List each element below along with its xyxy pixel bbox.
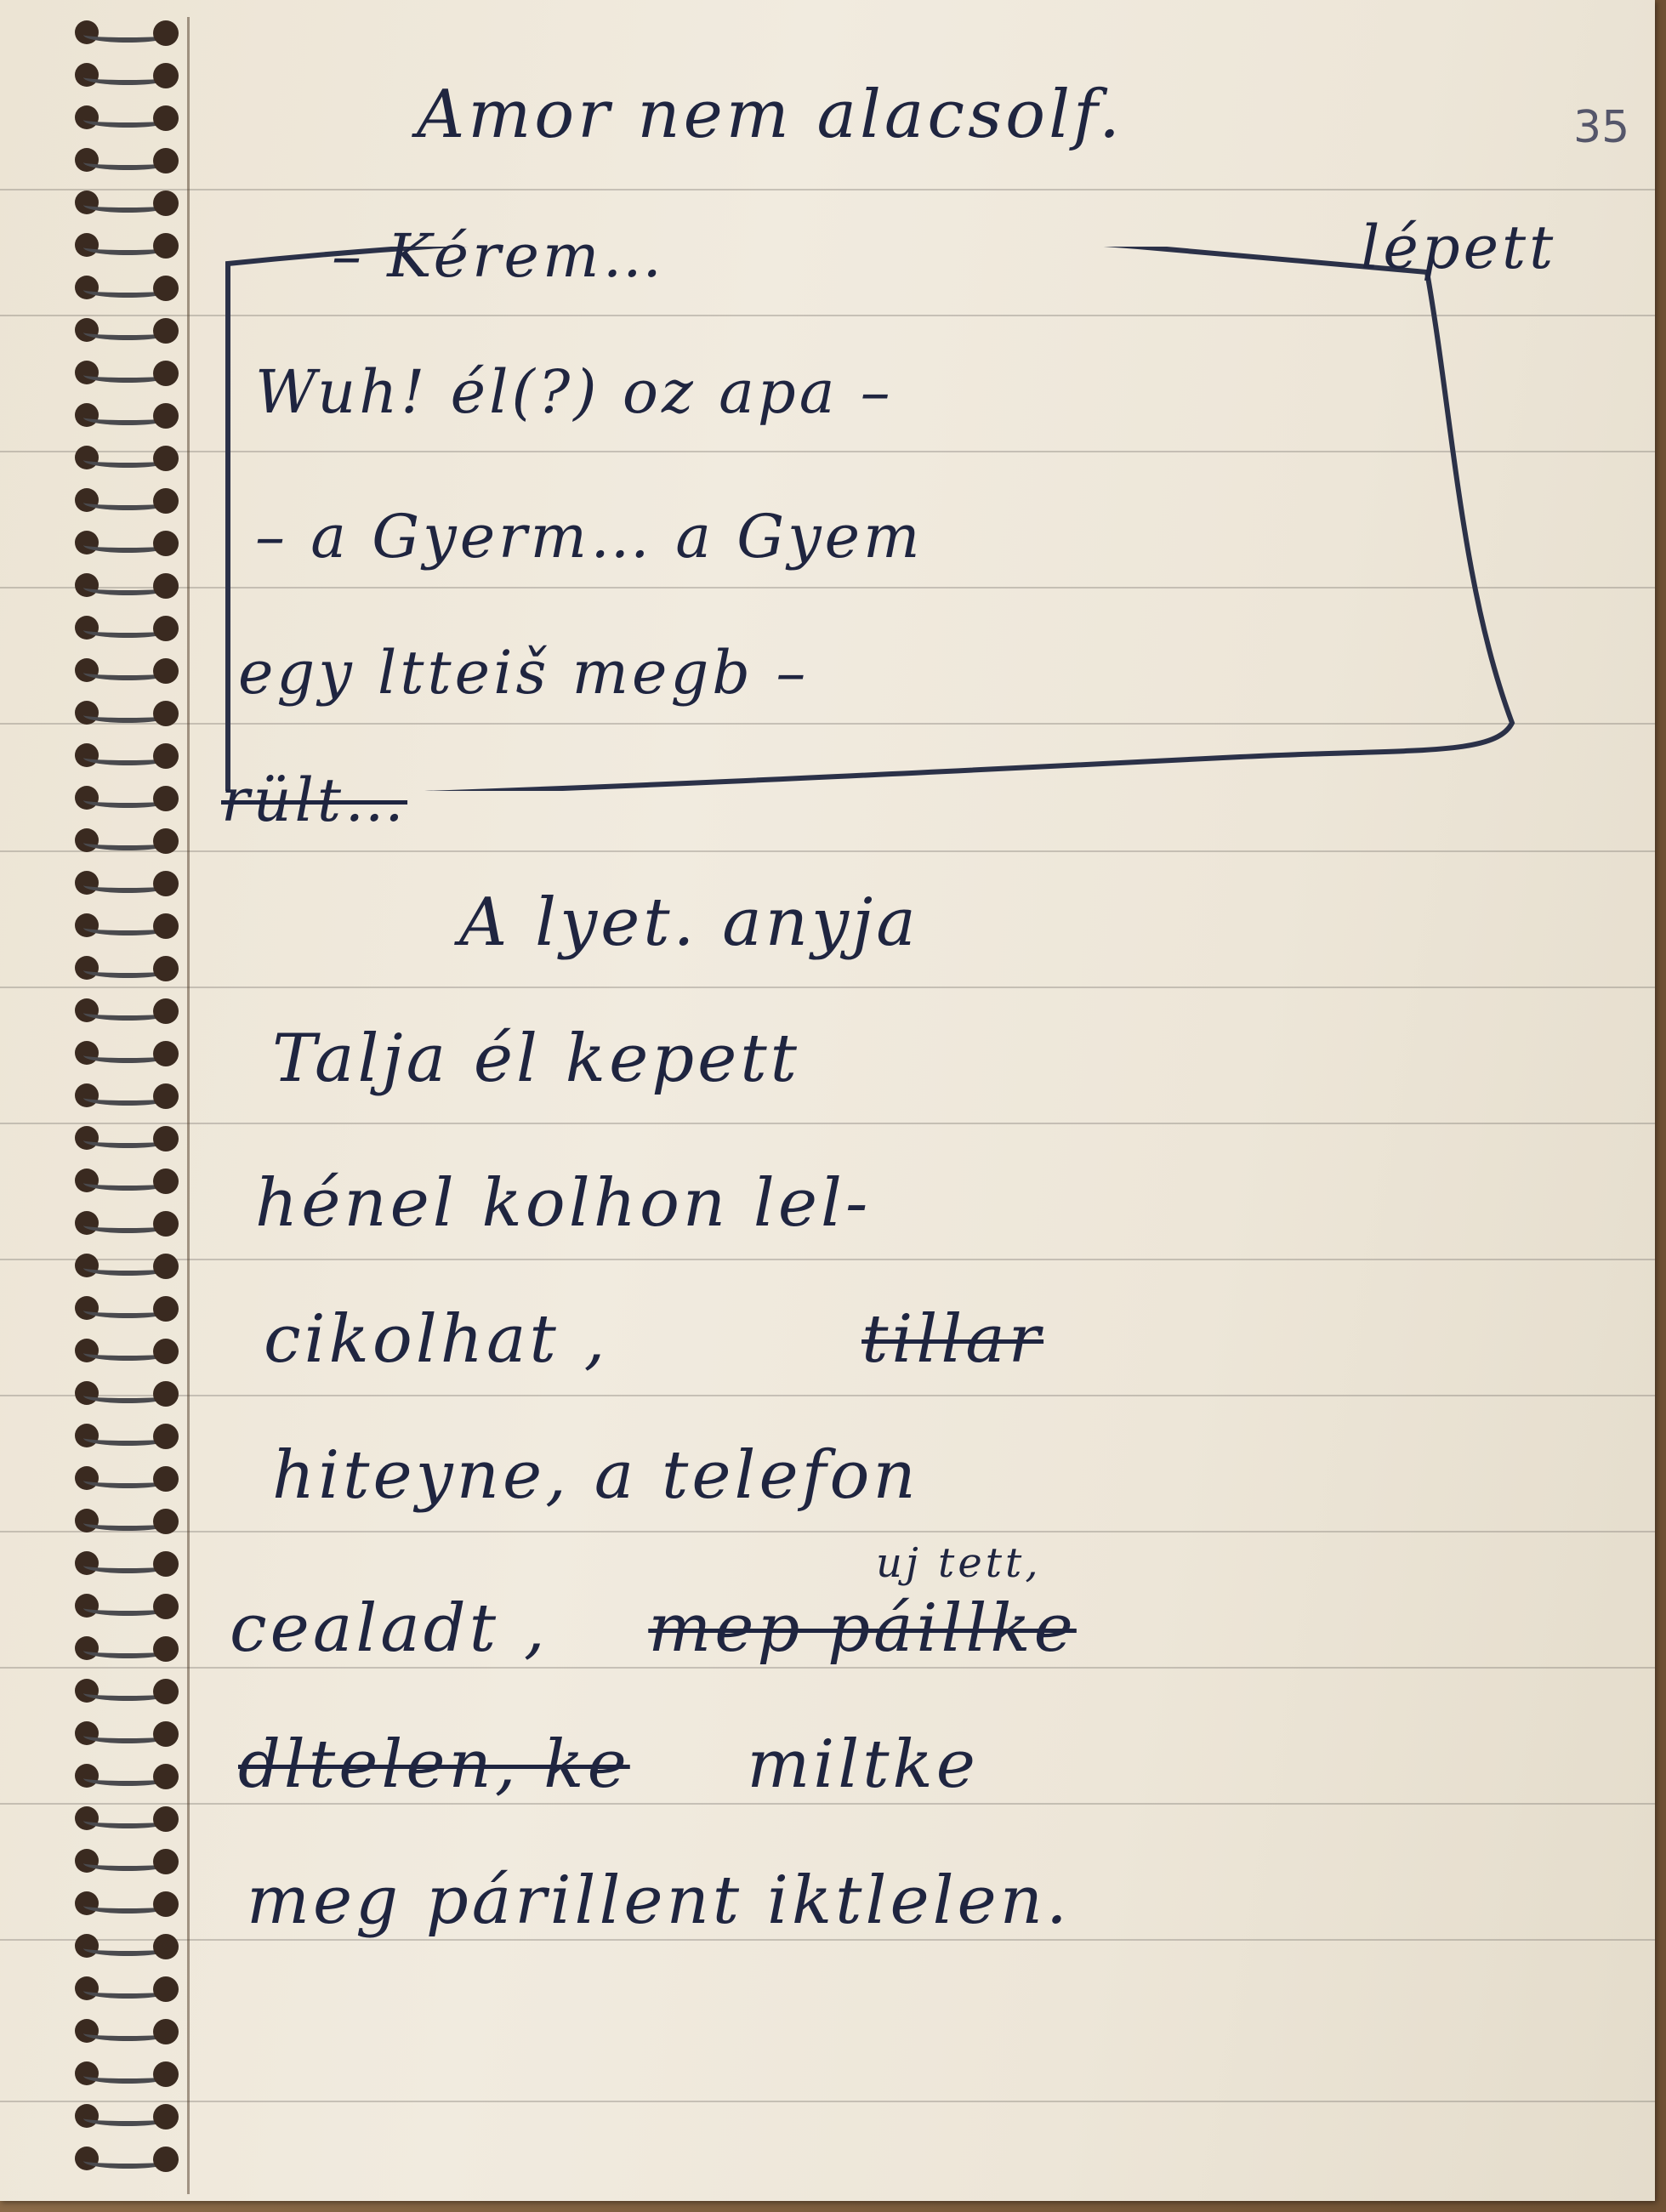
- spiral-coil: [60, 1803, 196, 1837]
- spiral-coil: [60, 357, 196, 391]
- spiral-binding: [60, 17, 196, 2194]
- spiral-coil: [60, 17, 196, 51]
- spiral-coil: [60, 1845, 196, 1879]
- body-line-6: cealadt , mep páillke: [230, 1590, 1077, 1667]
- body-line-7: dltelen, ke miltke: [238, 1726, 979, 1803]
- ruled-line: [0, 451, 1655, 452]
- spiral-coil: [60, 1123, 196, 1157]
- ruled-line: [0, 1939, 1655, 1941]
- spiral-coil: [60, 485, 196, 519]
- spiral-coil: [60, 995, 196, 1029]
- ruled-line: [0, 189, 1655, 190]
- body-line-1: A lyet. anyja: [459, 884, 919, 961]
- spiral-coil: [60, 145, 196, 179]
- ruled-line: [0, 1123, 1655, 1124]
- spiral-coil: [60, 1973, 196, 2007]
- spiral-coil: [60, 697, 196, 731]
- page-number: 35: [1573, 102, 1629, 153]
- spiral-coil: [60, 1208, 196, 1242]
- ruled-line: [0, 1531, 1655, 1532]
- spiral-coil: [60, 1633, 196, 1667]
- title-line: Amor nem alacsolf.: [417, 77, 1123, 153]
- body-line-4: cikolhat , tillar: [264, 1301, 1043, 1378]
- spiral-coil: [60, 1931, 196, 1965]
- body-line-5: hiteyne, a telefon: [272, 1437, 919, 1514]
- spiral-coil: [60, 782, 196, 816]
- body-line-6-struck: mep páillke: [648, 1590, 1077, 1667]
- spiral-coil: [60, 655, 196, 689]
- ruled-line: [0, 1395, 1655, 1396]
- spiral-coil: [60, 612, 196, 646]
- ruled-line: [0, 1667, 1655, 1669]
- spiral-coil: [60, 1165, 196, 1199]
- ruled-line: [0, 587, 1655, 589]
- spiral-coil: [60, 2101, 196, 2135]
- spiral-coil: [60, 315, 196, 349]
- spiral-coil: [60, 570, 196, 604]
- ruled-line: [0, 1803, 1655, 1805]
- boxed-line-1: – Kérem…: [332, 221, 665, 291]
- boxed-line-4: egy ltteiš megb –: [238, 638, 809, 708]
- spiral-coil: [60, 910, 196, 944]
- spiral-coil: [60, 187, 196, 221]
- ruled-line: [0, 723, 1655, 725]
- spiral-coil: [60, 400, 196, 434]
- spiral-coil: [60, 1378, 196, 1412]
- body-line-2: Talja él kepett: [272, 1021, 800, 1097]
- body-line-4-text: cikolhat ,: [264, 1301, 608, 1378]
- ruled-line: [0, 2101, 1655, 2102]
- spiral-coil: [60, 230, 196, 264]
- spiral-coil: [60, 1420, 196, 1454]
- spiral-coil: [60, 952, 196, 987]
- boxed-line-5: rült…: [221, 765, 407, 835]
- body-insertion: uj tett,: [876, 1539, 1042, 1587]
- spiral-coil: [60, 740, 196, 774]
- spiral-coil: [60, 1080, 196, 1114]
- body-line-3: hénel kolhon lel-: [255, 1165, 871, 1242]
- notebook-page: 35 Amor nem alacsolf. – Kérem… lépett Wu…: [0, 0, 1655, 2201]
- spiral-coil: [60, 2016, 196, 2050]
- spiral-coil: [60, 1675, 196, 1709]
- spiral-coil: [60, 1038, 196, 1072]
- boxed-line-2: Wuh! él(?) oz apa –: [255, 357, 894, 427]
- spiral-coil: [60, 1335, 196, 1369]
- spiral-coil: [60, 1505, 196, 1539]
- spiral-coil: [60, 442, 196, 476]
- spiral-coil: [60, 1718, 196, 1752]
- spiral-coil: [60, 2058, 196, 2092]
- ruled-line: [0, 315, 1655, 316]
- spiral-coil: [60, 1548, 196, 1582]
- boxed-line-3: – a Gyerm… a Gyem: [255, 502, 923, 571]
- spiral-coil: [60, 102, 196, 136]
- spiral-coil: [60, 272, 196, 306]
- spiral-coil: [60, 1293, 196, 1327]
- spiral-coil: [60, 1888, 196, 1922]
- ruled-line: [0, 1259, 1655, 1260]
- body-line-7-text: miltke: [747, 1726, 979, 1803]
- spiral-coil: [60, 1463, 196, 1497]
- spiral-coil: [60, 825, 196, 859]
- spiral-coil: [60, 2143, 196, 2177]
- body-line-4-struck: tillar: [861, 1301, 1043, 1378]
- spiral-coil: [60, 1760, 196, 1794]
- spiral-coil: [60, 1590, 196, 1624]
- body-line-7-struck: dltelen, ke: [238, 1726, 630, 1803]
- ruled-line: [0, 850, 1655, 852]
- body-line-8: meg párillent iktlelen.: [247, 1862, 1071, 1939]
- spiral-coil: [60, 1250, 196, 1284]
- body-line-6-text: cealadt ,: [230, 1590, 549, 1667]
- ruled-line: [0, 987, 1655, 988]
- spiral-coil: [60, 867, 196, 901]
- spiral-coil: [60, 527, 196, 561]
- spiral-coil: [60, 60, 196, 94]
- boxed-line-1-right: lépett: [1361, 213, 1556, 282]
